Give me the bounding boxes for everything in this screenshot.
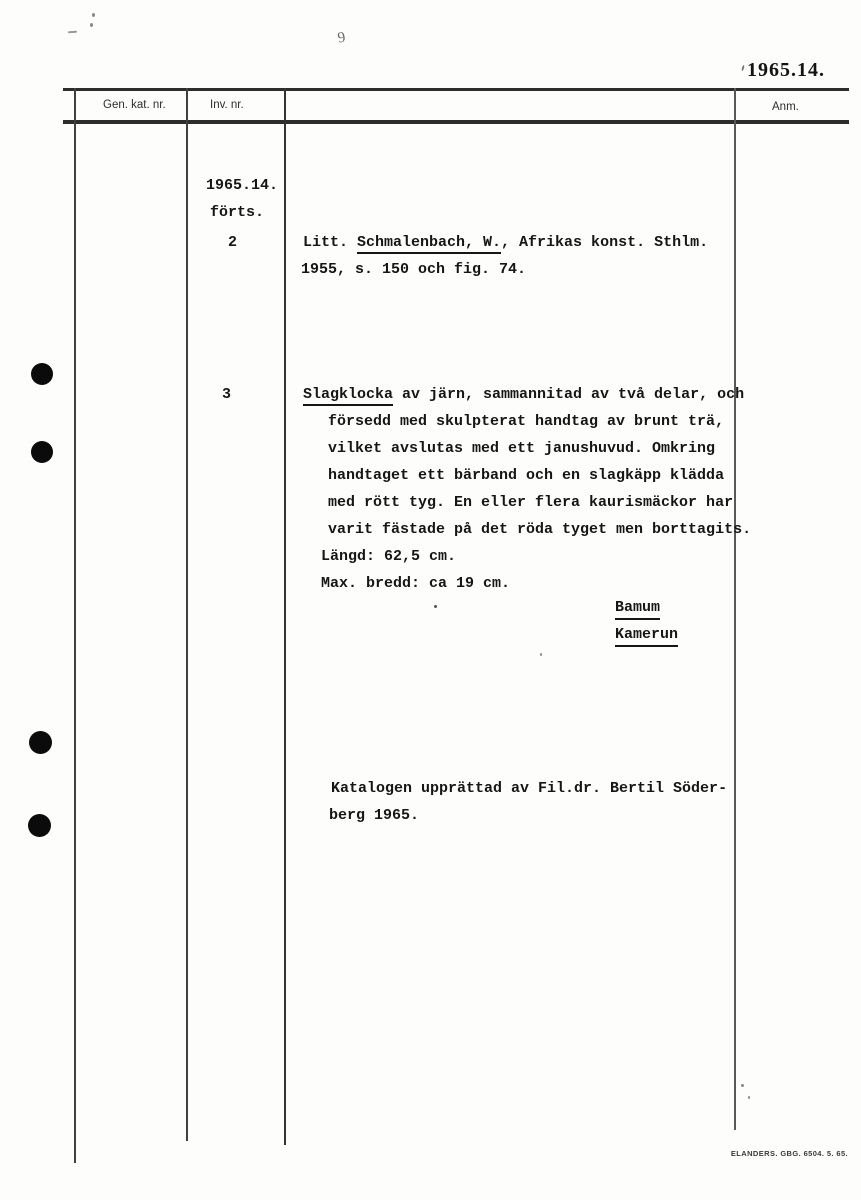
scan-artifact-speck (434, 605, 437, 608)
catalog-page: 9 1965.14. Gen. kat. nr. Inv. nr. Anm. 1… (0, 0, 861, 1200)
page-number-stamp: 1965.14. (747, 59, 825, 82)
colophon-line-2: berg 1965. (329, 806, 419, 825)
column-divider-gen-kat-inv (186, 88, 188, 1141)
origin-people-underlined: Bamum (615, 598, 660, 620)
column-header-inv-nr: Inv. nr. (210, 99, 244, 111)
description-line-2: försedd med skulpterat handtag av brunt … (328, 412, 724, 431)
table-top-border (63, 88, 849, 91)
literature-reference-line-2: 1955, s. 150 och fig. 74. (301, 260, 526, 279)
column-divider-inv-main (284, 88, 286, 1145)
literature-rest: , Afrikas konst. Sthlm. (501, 234, 708, 251)
object-term-underlined: Slagklocka (303, 386, 393, 406)
scan-artifact-speck (92, 13, 95, 17)
scan-artifact-tick (741, 65, 745, 71)
description-line-3: vilket avslutas med ett janushuvud. Omkr… (328, 439, 715, 458)
punch-hole (28, 814, 51, 837)
table-header-bottom-border (63, 120, 849, 124)
description-line-1-rest: av järn, sammannitad av två delar, och (393, 386, 744, 403)
literature-prefix: Litt. (303, 234, 357, 251)
description-line-5: med rött tyg. En eller flera kaurismäcko… (328, 493, 733, 512)
item-number: 3 (222, 385, 231, 404)
punch-hole (31, 363, 53, 385)
column-divider-main-anm (734, 88, 736, 1130)
description-line-4: handtaget ett bärband och en slagkäpp kl… (328, 466, 724, 485)
measurement-width: Max. bredd: ca 19 cm. (321, 574, 510, 593)
column-header-anm: Anm. (772, 101, 799, 113)
punch-hole (31, 441, 53, 463)
scan-artifact-speck (90, 23, 93, 27)
column-header-gen-kat-nr: Gen. kat. nr. (103, 99, 166, 111)
scan-artifact-speck (540, 653, 542, 656)
description-line-6: varit fästade på det röda tyget men bort… (328, 520, 751, 539)
scan-artifact-speck (748, 1096, 750, 1099)
printer-mark: ELANDERS. GBG. 6504. 5. 65. (731, 1149, 848, 1158)
inv-nr-continuation-number: 1965.14. (206, 176, 278, 195)
punch-hole (29, 731, 52, 754)
scan-artifact-speck (741, 1084, 744, 1087)
inv-nr-continuation-label: förts. (210, 203, 264, 222)
literature-reference-line-1: Litt. Schmalenbach, W., Afrikas konst. S… (303, 233, 708, 252)
item-number: 2 (228, 233, 237, 252)
measurement-length: Längd: 62,5 cm. (321, 547, 456, 566)
origin-country-underlined: Kamerun (615, 625, 678, 647)
table-left-border (74, 88, 76, 1163)
scan-artifact-dash (68, 31, 77, 34)
colophon-line-1: Katalogen upprättad av Fil.dr. Bertil Sö… (331, 779, 727, 798)
scan-artifact-squiggle: 9 (337, 29, 347, 47)
description-line-1: Slagklocka av järn, sammannitad av två d… (303, 385, 744, 404)
literature-author-underlined: Schmalenbach, W. (357, 234, 501, 254)
